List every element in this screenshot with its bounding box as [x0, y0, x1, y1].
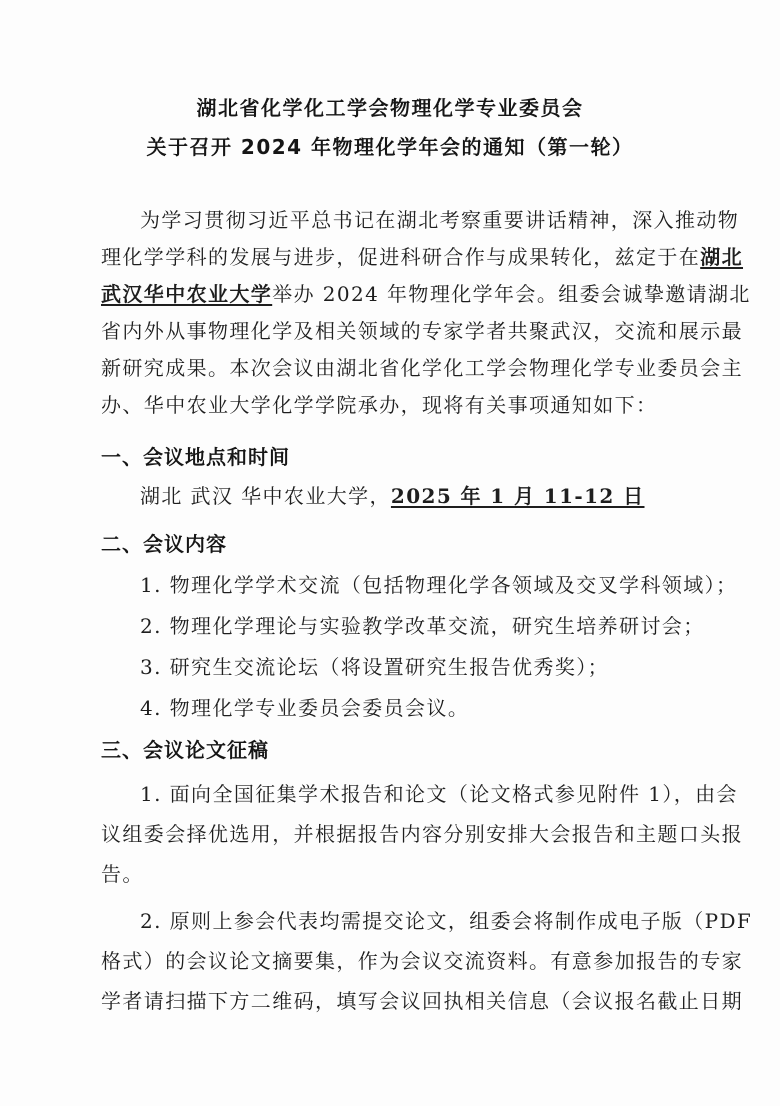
- submission-p2-line-2: 格式）的会议论文摘要集，作为会议交流资料。有意参加报告的专家: [101, 947, 657, 975]
- location-text: 湖北 武汉 华中农业大学，: [140, 484, 391, 508]
- content-item-1: 1. 物理化学学术交流（包括物理化学各领域及交叉学科领域）；: [140, 571, 657, 599]
- intro-line-1: 为学习贯彻习近平总书记在湖北考察重要讲话精神，深入推动物: [140, 206, 657, 234]
- meeting-date: 2025 年 1 月 11-12 日: [391, 484, 645, 508]
- submission-p1-line-1: 1. 面向全国征集学术报告和论文（论文格式参见附件 1），由会: [140, 780, 657, 808]
- submission-p2-line-1: 2. 原则上参会代表均需提交论文，组委会将制作成电子版（PDF: [140, 907, 657, 935]
- section-3-heading: 三、会议论文征稿: [101, 736, 269, 764]
- content-item-3: 3. 研究生交流论坛（将设置研究生报告优秀奖）；: [140, 653, 657, 681]
- submission-p1-line-2: 议组委会择优选用，并根据报告内容分别安排大会报告和主题口头报: [101, 820, 657, 848]
- content-item-2: 2. 物理化学理论与实验教学改革交流，研究生培养研讨会；: [140, 612, 657, 640]
- intro-line-2: 理化学学科的发展与进步，促进科研合作与成果转化，兹定于在湖北: [101, 243, 657, 271]
- section-1-heading: 一、会议地点和时间: [101, 443, 290, 471]
- section-2-heading: 二、会议内容: [101, 530, 227, 558]
- location-line: 湖北 武汉 华中农业大学，2025 年 1 月 11-12 日: [140, 482, 657, 510]
- venue-highlight: 武汉华中农业大学: [101, 282, 272, 306]
- document-page: 湖北省化学化工学会物理化学专业委员会 关于召开 2024 年物理化学年会的通知（…: [0, 0, 780, 1106]
- intro-line-6: 办、华中农业大学化学学院承办，现将有关事项通知如下：: [101, 391, 657, 419]
- intro-line-5: 新研究成果。本次会议由湖北省化学化工学会物理化学专业委员会主: [101, 354, 657, 382]
- venue-highlight: 湖北: [700, 245, 743, 269]
- intro-line-4: 省内外从事物理化学及相关领域的专家学者共聚武汉，交流和展示最: [101, 317, 657, 345]
- submission-p2-line-3: 学者请扫描下方二维码，填写会议回执相关信息（会议报名截止日期: [101, 987, 657, 1015]
- intro-line-3: 武汉华中农业大学举办 2024 年物理化学年会。组委会诚挚邀请湖北: [101, 280, 657, 308]
- content-item-4: 4. 物理化学专业委员会委员会议。: [140, 694, 657, 722]
- submission-p1-line-3: 告。: [101, 860, 657, 888]
- title-line-2: 关于召开 2024 年物理化学年会的通知（第一轮）: [0, 131, 780, 160]
- intro-text: 理化学学科的发展与进步，促进科研合作与成果转化，兹定于在: [101, 245, 700, 269]
- intro-text: 举办 2024 年物理化学年会。组委会诚挚邀请湖北: [272, 282, 751, 306]
- title-line-1: 湖北省化学化工学会物理化学专业委员会: [0, 92, 780, 121]
